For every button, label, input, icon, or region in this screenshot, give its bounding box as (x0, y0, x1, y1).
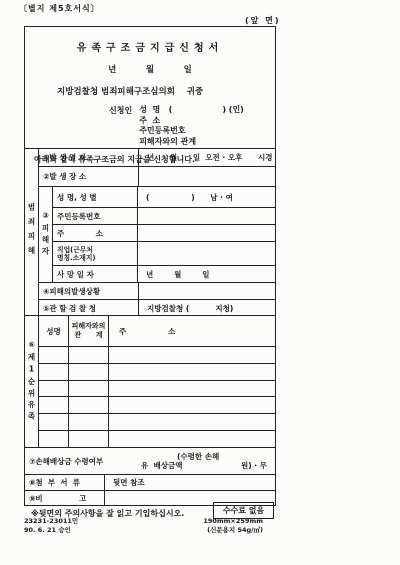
family-header-row: 성명 피해자와의 관 계 주 소 (39, 316, 275, 346)
family-empty-name-cell (39, 347, 69, 363)
jurisdiction-office-label: ⑤관 할 검 찰 청 (39, 300, 139, 316)
victim-id-label: 주민등록번호 (53, 208, 138, 224)
form-table: 범죄피해 ①발 생 일 자 년 월 일 오전 · 오후 시경 ②발 생 장 소 (25, 148, 275, 505)
family-header-name: 성명 (39, 316, 69, 346)
family-empty-relation-cell (69, 364, 109, 380)
incident-place-value (139, 167, 275, 186)
victim-row-name: 성 명, 성 별 ( ) 남 · 여 (53, 187, 275, 207)
compensation-value-main: 유 배상금액 (141, 461, 182, 470)
family-empty-address-cell (109, 414, 275, 430)
section-family: ⑥제1순위유족 성명 피해자와의 관 계 주 소 (25, 316, 275, 448)
family-empty-row (39, 413, 275, 430)
victim-vertical-text: ③피해자 (40, 211, 51, 259)
doc-code-line: 23231-23011민 (24, 517, 78, 526)
family-empty-row (39, 363, 275, 380)
crime-vertical-text: 범죄피해 (26, 203, 37, 261)
damage-situation-label: ④피해의발생상황 (39, 283, 139, 299)
victim-row-address: 주 소 (53, 224, 275, 241)
family-empty-address-cell (109, 397, 275, 413)
row-documents: ⑧첨 부 서 류 뒷면 참조 (25, 474, 275, 490)
victim-id-value (138, 208, 275, 224)
family-empty-address-cell (109, 364, 275, 380)
incident-place-label: ②발 생 장 소 (39, 167, 139, 186)
family-empty-relation-cell (69, 414, 109, 430)
applicant-fields: 성 명 ( ) (인) 주 소 주민등록번호 피해자와의 관계 (139, 105, 244, 147)
applicant-block: 신청인 성 명 ( ) (인) 주 소 주민등록번호 피해자와의 관계 (109, 105, 275, 147)
paper-type-line: (신문용지 54g/㎡) (203, 526, 263, 535)
documents-value: 뒷면 참조 (105, 475, 275, 490)
family-empty-address-cell (109, 347, 275, 363)
date-blank-line: 년 월 일 (25, 63, 275, 75)
family-empty-relation-cell (69, 347, 109, 363)
family-empty-name-cell (39, 431, 69, 447)
form-outer-box: 유족구조금지급신청서 년 월 일 지방검찰청 범죄피해구조심의회 귀중 신청인 … (24, 26, 276, 506)
family-empty-row (39, 380, 275, 397)
family-header-address: 주 소 (109, 316, 275, 346)
applicant-prefix: 신청인 (109, 105, 132, 116)
family-header-relation-line1: 피해자와의 (72, 322, 106, 331)
paper-size-info: 190mm×259mm (신문용지 54g/㎡) (203, 517, 263, 535)
paper-size-line: 190mm×259mm (203, 517, 263, 526)
victim-job-value (138, 242, 275, 265)
family-empty-relation-cell (69, 431, 109, 447)
victim-job-label-line1: 직업(근무처 (57, 246, 137, 254)
family-empty-relation-cell (69, 397, 109, 413)
family-empty-name-cell (39, 414, 69, 430)
victim-death-date-value: 년 월 일 (138, 266, 275, 283)
family-empty-name-cell (39, 381, 69, 397)
family-empty-address-cell (109, 381, 275, 397)
applicant-name-line: 성 명 ( ) (인) (139, 105, 244, 116)
row-incident-date: ①발 생 일 자 년 월 일 오전 · 오후 시경 (39, 149, 275, 166)
compensation-label: ⑦손해배상금 수령여부 (25, 456, 141, 467)
victim-death-date-label: 사 망 일 자 (53, 266, 138, 283)
applicant-id-line: 주민등록번호 (139, 126, 244, 137)
victim-row-job: 직업(근무처 명칭.소재지) (53, 241, 275, 265)
family-empty-address-cell (109, 431, 275, 447)
family-empty-row (39, 346, 275, 363)
recipient-line: 지방검찰청 범죄피해구조심의회 귀중 (57, 85, 275, 97)
family-empty-relation-cell (69, 381, 109, 397)
damage-situation-value (139, 283, 275, 299)
victim-row-id: 주민등록번호 (53, 207, 275, 224)
jurisdiction-office-value: 지방검찰청 ( 지청) (139, 300, 275, 316)
victim-name-label: 성 명, 성 별 (53, 187, 138, 207)
row-jurisdiction-office: ⑤관 할 검 찰 청 지방검찰청 ( 지청) (39, 299, 275, 316)
victim-job-label-line2: 명칭.소재지) (57, 254, 137, 262)
victim-name-value: ( ) 남 · 여 (138, 187, 275, 207)
form-title: 유족구조금지급신청서 (25, 39, 275, 54)
compensation-value: (수령한 손해 유 배상금액 원) · 무 (141, 452, 275, 470)
family-empty-row (39, 430, 275, 447)
incident-date-value: 년 월 일 오전 · 오후 시경 (139, 149, 275, 166)
applicant-relation-line: 피해자와의 관계 (139, 137, 244, 148)
section-misc: ⑦손해배상금 수령여부 (수령한 손해 유 배상금액 원) · 무 ⑧첨 부 서… (25, 448, 275, 505)
victim-job-label: 직업(근무처 명칭.소재지) (53, 242, 138, 265)
family-header-relation: 피해자와의 관 계 (69, 316, 109, 346)
applicant-address-line: 주 소 (139, 116, 244, 127)
victim-block: ③피해자 성 명, 성 별 ( ) 남 · 여 주민등록번호 (39, 186, 275, 282)
document-codes: 23231-23011민 90. 6. 21 승인 (24, 517, 78, 535)
family-header-relation-line2: 관 계 (74, 331, 102, 340)
section-crime: 범죄피해 ①발 생 일 자 년 월 일 오전 · 오후 시경 ②발 생 장 소 (25, 149, 275, 316)
page-side-label: (앞 면) (245, 15, 281, 26)
incident-date-label: ①발 생 일 자 (39, 149, 139, 166)
compensation-value-tail: 원) · 무 (241, 461, 267, 470)
form-code-label: 〔별지 제5호서식〕 (19, 3, 100, 14)
documents-label: ⑧첨 부 서 류 (25, 475, 105, 490)
family-side-label: ⑥제1순위유족 (25, 316, 39, 447)
victim-row-death-date: 사 망 일 자 년 월 일 (53, 265, 275, 283)
compensation-value-top: (수령한 손해 (141, 452, 267, 461)
scanned-form-page: 〔별지 제5호서식〕 (앞 면) 유족구조금지급신청서 년 월 일 지방검찰청 … (0, 0, 400, 565)
section-crime-side-label: 범죄피해 (25, 149, 39, 315)
compensation-value-bottom: 유 배상금액 원) · 무 (141, 461, 267, 470)
family-empty-name-cell (39, 397, 69, 413)
family-vertical-text: ⑥제1순위유족 (26, 340, 37, 424)
row-incident-place: ②발 생 장 소 (39, 166, 275, 186)
family-empty-name-cell (39, 364, 69, 380)
approval-line: 90. 6. 21 승인 (24, 526, 78, 535)
row-damage-situation: ④피해의발생상황 (39, 282, 275, 299)
victim-side-label: ③피해자 (39, 187, 53, 282)
remarks-label: ⑨비 고 (25, 491, 105, 505)
family-empty-row (39, 396, 275, 413)
victim-address-value (138, 225, 275, 241)
row-compensation: ⑦손해배상금 수령여부 (수령한 손해 유 배상금액 원) · 무 (25, 448, 275, 474)
victim-address-label: 주 소 (53, 225, 138, 241)
